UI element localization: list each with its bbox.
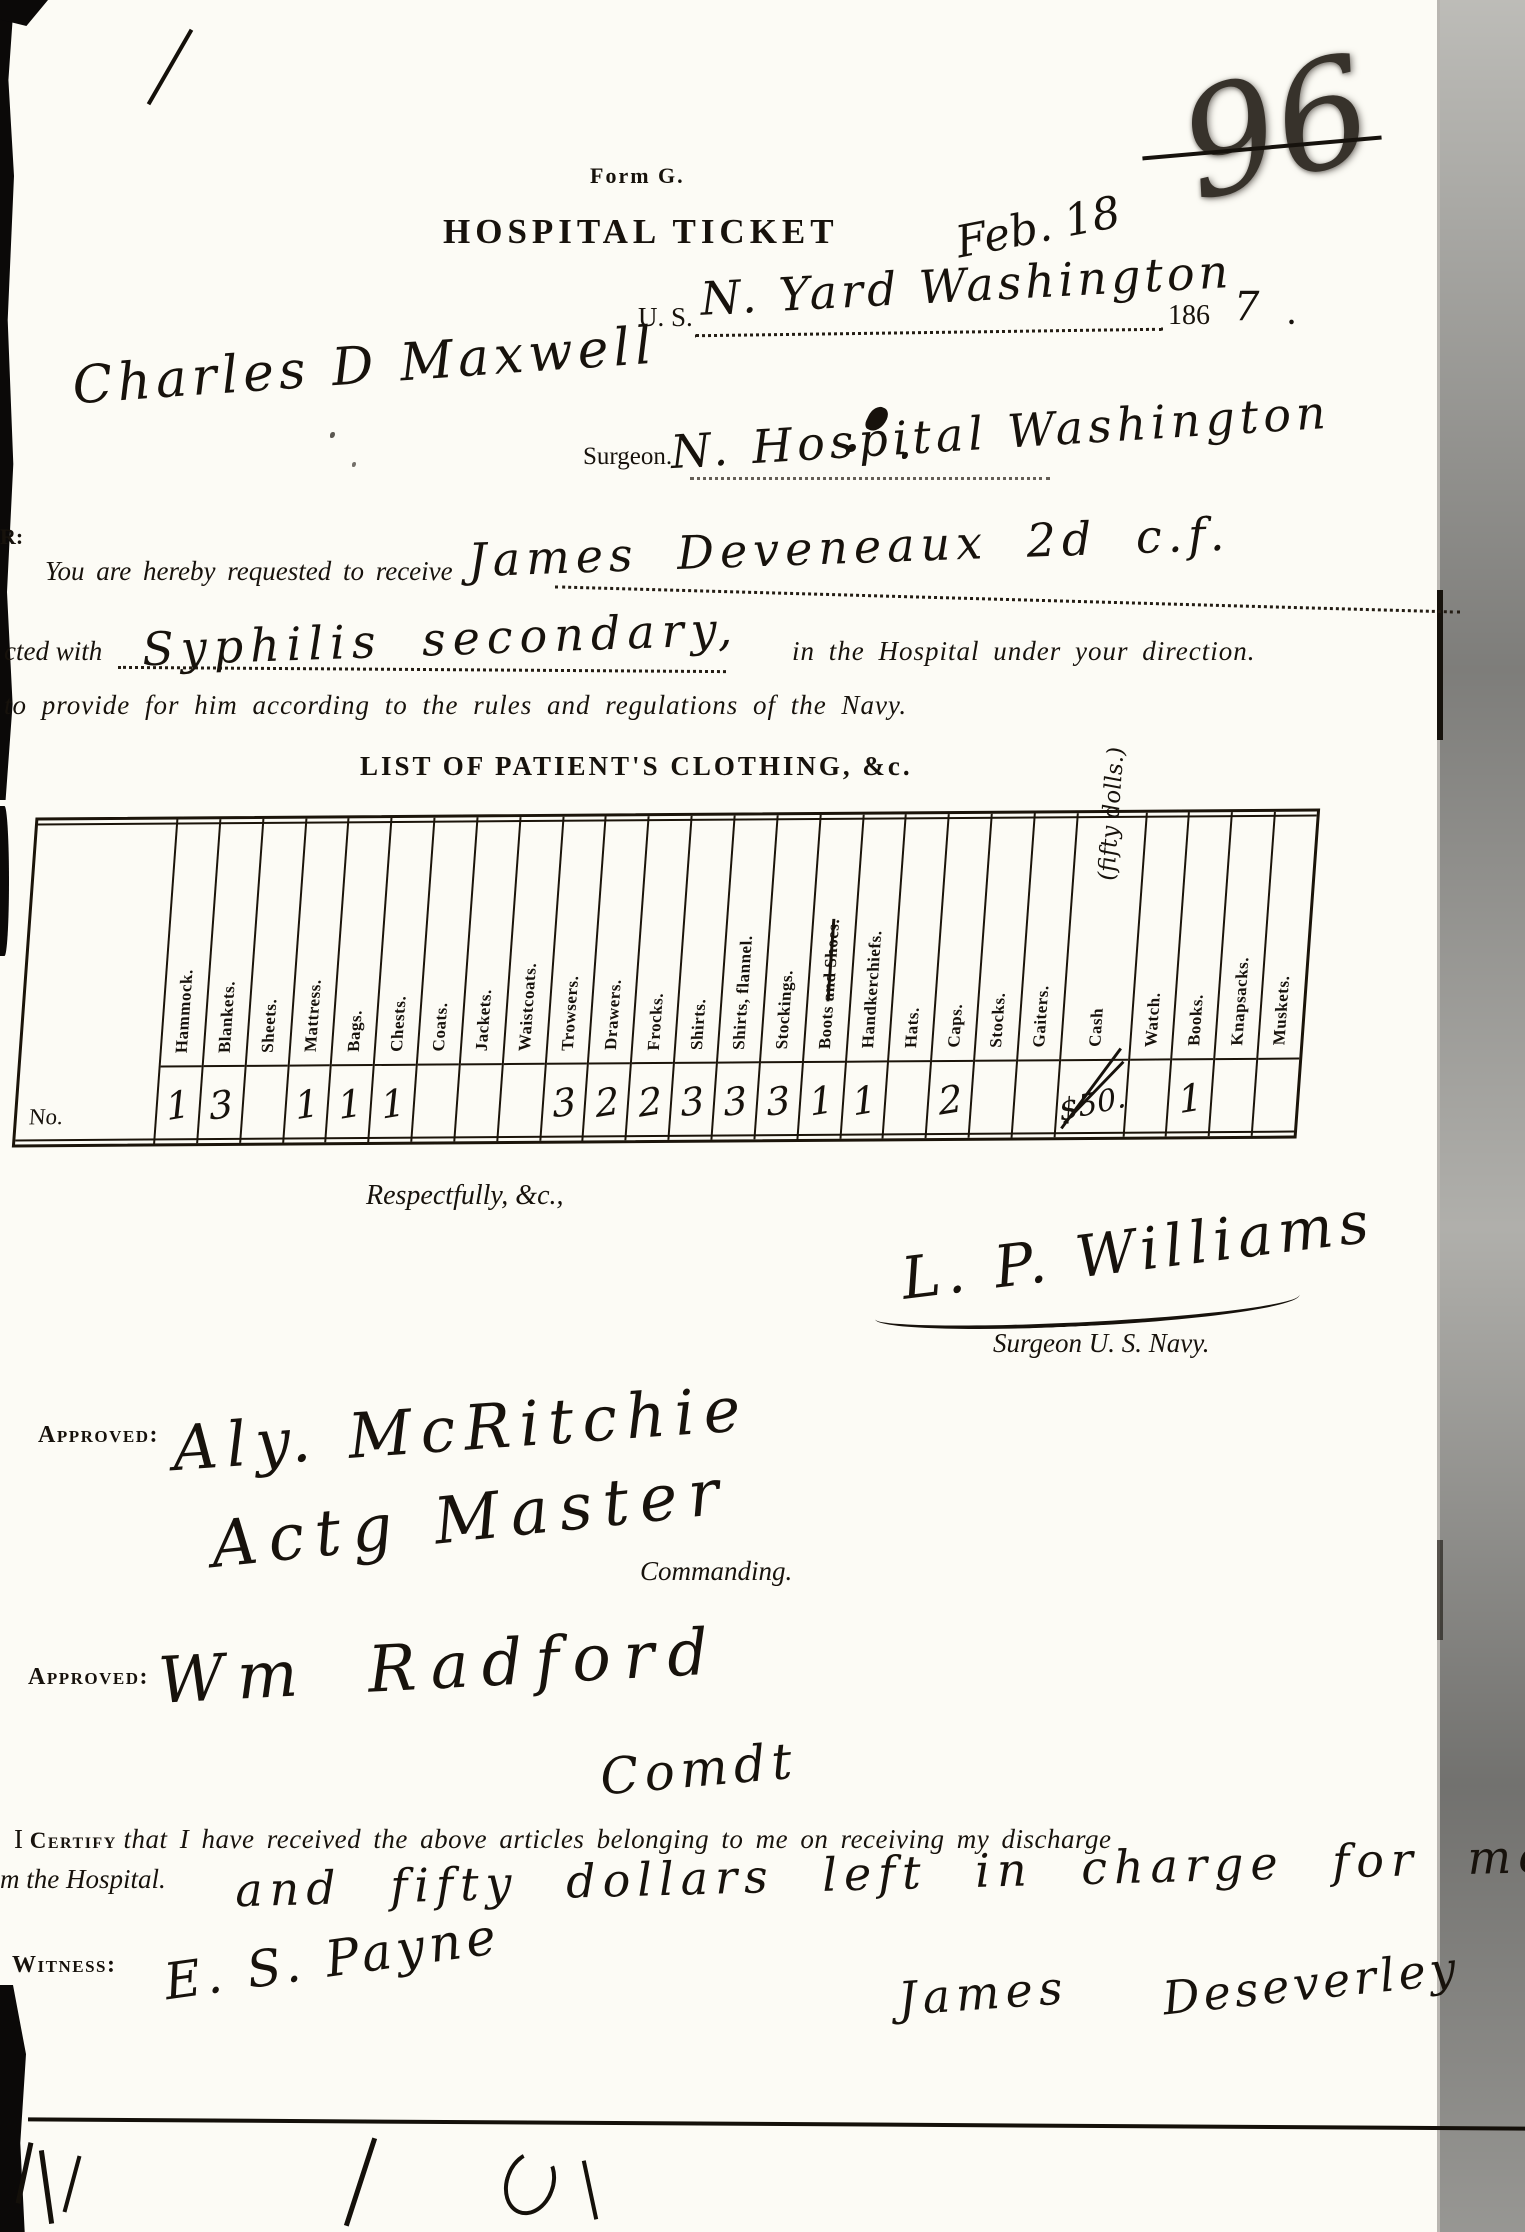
witness-label: Witness: bbox=[12, 1952, 116, 1979]
form-label: Form G. bbox=[590, 163, 685, 189]
direction-printed-line: in the Hospital under your direction. bbox=[792, 636, 1255, 667]
stray-mark bbox=[63, 2155, 82, 2212]
column-value-cell: 1 bbox=[841, 1062, 887, 1138]
column-value: 1 bbox=[379, 1080, 407, 1127]
column-value-cell: 1 bbox=[155, 1067, 201, 1143]
ink-blot bbox=[330, 432, 335, 438]
column-value: 1 bbox=[336, 1080, 364, 1127]
column-value-cell: 2 bbox=[927, 1062, 973, 1138]
column-label: Gaiters. bbox=[1029, 985, 1053, 1047]
column-label: Stocks. bbox=[986, 993, 1010, 1048]
commanding-line: Commanding. bbox=[640, 1556, 792, 1587]
column-value-cell: $50. bbox=[1055, 1061, 1127, 1137]
column-label: Handkerchiefs. bbox=[858, 931, 886, 1049]
column-label: Frocks. bbox=[644, 992, 668, 1050]
column-value-cell: 3 bbox=[755, 1063, 801, 1139]
column-value: 2 bbox=[593, 1079, 621, 1126]
column-label: Stockings. bbox=[772, 970, 798, 1049]
certify-word: Certify bbox=[30, 1828, 117, 1853]
scan-left-blob bbox=[0, 806, 9, 956]
certify-fragment: m the Hospital. bbox=[0, 1864, 166, 1895]
patient-signature-last: Deseverley bbox=[1160, 1941, 1462, 2026]
column-value: 3 bbox=[207, 1081, 235, 1128]
column-value-cell: 1 bbox=[798, 1063, 844, 1139]
column-value: 3 bbox=[550, 1079, 578, 1126]
column-value-cell: 2 bbox=[584, 1064, 630, 1140]
column-label: Blankets. bbox=[215, 981, 240, 1053]
column-value-cell bbox=[1253, 1060, 1299, 1136]
column-value: 1 bbox=[164, 1082, 192, 1129]
column-value: 1 bbox=[850, 1077, 878, 1124]
row-label-cell: No. bbox=[15, 1065, 159, 1144]
surgeon-title: Surgeon U. S. Navy. bbox=[993, 1328, 1209, 1359]
column-value-cell bbox=[455, 1065, 501, 1141]
column-value-cell bbox=[1012, 1061, 1058, 1137]
column-label: Hammock. bbox=[172, 969, 198, 1053]
year-period: . bbox=[1288, 300, 1295, 332]
surgeon-signature: L. P. Williams bbox=[898, 1187, 1378, 1312]
surgeon-dotted-line bbox=[690, 477, 1050, 480]
column-value-cell bbox=[498, 1065, 544, 1141]
column-value-cell bbox=[1124, 1060, 1170, 1136]
certify-lead: I bbox=[14, 1824, 23, 1854]
column-label: Mattress. bbox=[301, 980, 326, 1053]
column-label: Jackets. bbox=[472, 989, 496, 1051]
cash-annotation: (fifty dolls.) bbox=[1094, 747, 1130, 881]
handwritten-patient-name: James Deveneaux 2d c.f. bbox=[467, 507, 1231, 588]
column-label: Sheets. bbox=[258, 999, 282, 1053]
column-label: Muskets. bbox=[1270, 976, 1295, 1046]
stray-mark bbox=[582, 2160, 598, 2220]
book-binding-edge bbox=[1440, 0, 1525, 2232]
witness-signature: E. S. Payne bbox=[161, 1907, 505, 2012]
column-label: Shirts. bbox=[686, 998, 710, 1049]
year-handwritten: 7 bbox=[1234, 284, 1259, 330]
clothing-list-heading: LIST OF PATIENT'S CLOTHING, &c. bbox=[360, 751, 913, 782]
column-value: 1 bbox=[807, 1077, 835, 1124]
salutation-fragment: R: bbox=[0, 524, 23, 550]
stray-mark bbox=[147, 29, 193, 105]
column-label: Coats. bbox=[429, 1003, 453, 1052]
column-label: Knapsacks. bbox=[1227, 957, 1253, 1046]
scanned-hospital-ticket: 96 Form G. HOSPITAL TICKET Feb. 18 U. S.… bbox=[0, 0, 1525, 2232]
row-label-column: No. bbox=[15, 820, 176, 1145]
handwritten-disease: Syphilis secondary, bbox=[141, 602, 740, 677]
approver2-rank: Comdt bbox=[598, 1731, 800, 1806]
binding-dark-segment bbox=[1437, 1540, 1443, 1640]
column-label: Hats. bbox=[901, 1007, 924, 1048]
clothing-table: No. Hammock.1Blankets.3Sheets.Mattress.1… bbox=[12, 809, 1320, 1148]
handwritten-addressee: Charles D Maxwell bbox=[71, 316, 659, 417]
column-label: Books. bbox=[1184, 995, 1208, 1047]
column-value-cell: 2 bbox=[627, 1064, 673, 1140]
column-label: Trowsers. bbox=[558, 975, 583, 1050]
column-value-cell: 3 bbox=[541, 1065, 587, 1141]
provide-printed-line: to provide for him according to the rule… bbox=[4, 690, 907, 721]
column-value-cell bbox=[970, 1062, 1016, 1138]
column-value-cell: 3 bbox=[670, 1064, 716, 1140]
stray-mark bbox=[344, 2137, 377, 2226]
patient-signature-first: James bbox=[896, 1960, 1070, 2026]
column-value-cell bbox=[412, 1065, 458, 1141]
column-value-cell: 3 bbox=[198, 1067, 244, 1143]
column-value-cell bbox=[884, 1062, 930, 1138]
year-printed: 186 bbox=[1168, 300, 1210, 332]
stray-mark bbox=[495, 2143, 565, 2222]
row-number-label: No. bbox=[28, 1104, 64, 1130]
column-value-cell: 1 bbox=[1167, 1060, 1213, 1136]
column-value-cell: 3 bbox=[712, 1063, 758, 1139]
column-label: Boots and Shoes. bbox=[815, 918, 844, 1048]
page-title: HOSPITAL TICKET bbox=[443, 212, 839, 252]
binding-edge-line bbox=[1437, 0, 1440, 2232]
column-label: Shirts, flannel. bbox=[729, 935, 757, 1049]
column-value: 1 bbox=[293, 1081, 321, 1128]
request-printed-line: You are hereby requested to receive bbox=[45, 556, 453, 587]
surgeon-label: Surgeon. bbox=[583, 443, 672, 471]
column-value: 2 bbox=[936, 1076, 964, 1123]
station-dotted-line bbox=[695, 328, 1163, 338]
column-label: Waistcoats. bbox=[515, 963, 541, 1051]
respectfully-line: Respectfully, &c., bbox=[366, 1180, 564, 1212]
column-value: 1 bbox=[1176, 1075, 1204, 1122]
page-bottom-edge bbox=[28, 2117, 1525, 2130]
column-value-cell: 1 bbox=[284, 1066, 330, 1142]
column-value-cell: 1 bbox=[369, 1066, 415, 1142]
column-value: 2 bbox=[636, 1078, 664, 1125]
column-label: Bags. bbox=[343, 1010, 366, 1052]
column-label: Watch. bbox=[1141, 992, 1165, 1047]
column-label: Chests. bbox=[386, 996, 410, 1052]
column-value-cell bbox=[241, 1067, 287, 1143]
pencil-page-number: 96 bbox=[1164, 22, 1388, 234]
column-value-cell bbox=[1210, 1060, 1256, 1136]
affected-fragment: cted with bbox=[4, 636, 102, 667]
column-value: 3 bbox=[679, 1078, 707, 1125]
struck-label-part: and Shoes. bbox=[818, 918, 843, 1001]
approver2-signature: Wm Radford bbox=[156, 1615, 722, 1718]
column-label: Caps. bbox=[944, 1004, 967, 1048]
row-label-header bbox=[21, 820, 177, 1067]
column-label: Cash bbox=[1085, 1008, 1108, 1047]
column-value: 3 bbox=[722, 1078, 750, 1125]
approved-label-1: Approved: bbox=[38, 1422, 159, 1449]
ink-blot bbox=[352, 462, 356, 467]
handwritten-surgeon: N. Hospital Washington bbox=[669, 385, 1332, 479]
approved-label-2: Approved: bbox=[28, 1664, 149, 1691]
stray-mark bbox=[39, 2150, 54, 2224]
column-value-cell: 1 bbox=[327, 1066, 373, 1142]
column-value: $50. bbox=[1057, 1080, 1128, 1129]
scan-left-edge bbox=[0, 0, 14, 800]
column-label: Drawers. bbox=[601, 980, 626, 1051]
column-value: 3 bbox=[764, 1077, 792, 1124]
